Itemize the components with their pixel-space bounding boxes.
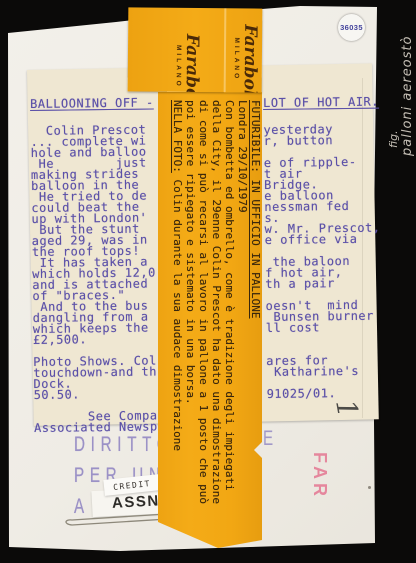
photo-verso-scan: BALLOONING OFF - Colin Prescot ... compl… (0, 0, 416, 563)
tape-caption: FUTURIBILE: IN UFFICIO IN PALLONE Londra… (166, 100, 262, 546)
number-sticker: 36035 (338, 14, 365, 41)
border-note: fig. palloni aereostò (387, 6, 415, 156)
figure-note: fig. (387, 6, 400, 156)
farabola-logo: Farabola MILANO (224, 24, 259, 92)
caption-body-left: Colin Prescot ... complete wi hole and b… (30, 113, 157, 433)
far-stamp: FAR (304, 452, 330, 528)
rights-stamp-fragment: E (263, 428, 273, 451)
caption-column-right: LOT OF HOT AIR. yesterday r, button e of… (263, 95, 383, 400)
tape-photo-line: NELLA FOTO: Colin durante la sua audace … (171, 100, 184, 546)
brand-name: Farabola (183, 34, 201, 93)
brand-city: MILANO (175, 34, 183, 93)
farabola-label: Farabola MILANO Farabola MILANO (128, 7, 263, 92)
caption-column-left: BALLOONING OFF - Colin Prescot ... compl… (30, 95, 158, 433)
caption-body-right: yesterday r, button e of ripple- t air B… (263, 113, 382, 400)
pencil-dot (368, 486, 371, 489)
subject-note: palloni aereostò (400, 6, 415, 156)
tape-title: FUTURIBILE: IN UFFICIO IN PALLONE (249, 100, 262, 546)
farabola-logo: Farabola MILANO (168, 34, 201, 93)
caption-heading-left: BALLOONING OFF - (30, 95, 154, 111)
caption-heading-right: LOT OF HOT AIR. (263, 95, 379, 110)
credit-label: CREDIT (113, 479, 152, 492)
brand-name: Farabola (241, 24, 259, 92)
photo-number: 36035 (340, 23, 363, 32)
tape-body: Londra 29/10/1979 Con bombetta ed ombrel… (184, 100, 249, 546)
